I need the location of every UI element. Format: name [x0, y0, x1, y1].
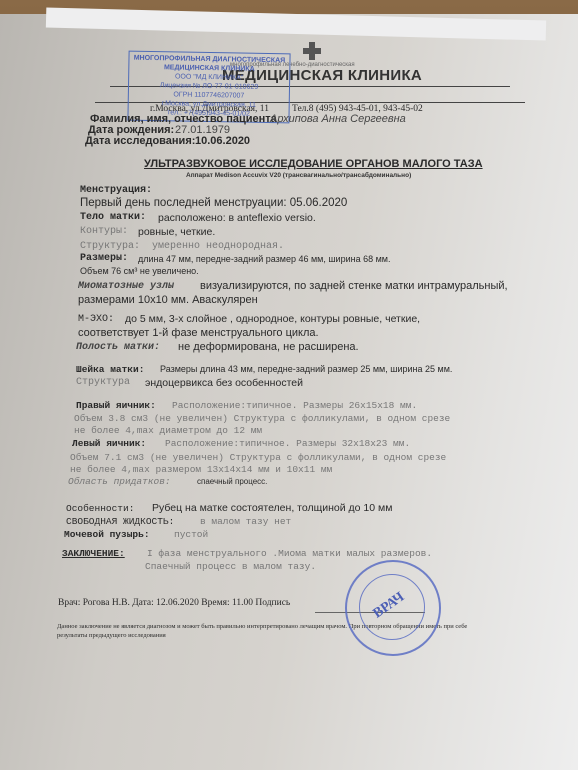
left-ovary-position: Расположение:типичное. Размеры 32x18x23 …: [165, 438, 410, 449]
conclusion-line-2: Спаечный процесс в малом тазу.: [145, 561, 316, 572]
free-fluid-label: СВОБОДНАЯ ЖИДКОСТЬ:: [66, 516, 174, 527]
sizes-value: длина 47 мм, передне-задний размер 46 мм…: [138, 254, 390, 264]
adnexa-value: спаечный процесс.: [197, 477, 267, 486]
stamp-line: г.Москва, ул.Дмитровская, 11: [129, 100, 289, 110]
left-ovary-volume: Объем 7.1 см3 (не увеличен) Структура с …: [70, 452, 446, 463]
exam-date: 10.06.2020: [195, 135, 250, 147]
features-value: Рубец на матке состоятелен, толщиной до …: [152, 502, 392, 514]
free-fluid-value: в малом тазу нет: [200, 516, 291, 527]
uterus-body-label: Тело матки:: [80, 212, 146, 223]
bladder-value: пустой: [174, 529, 208, 540]
uterus-volume: Объем 76 см³ не увеличено.: [80, 266, 199, 276]
cervix-label: Шейка матки:: [76, 364, 144, 375]
uterus-position: расположено: в anteflexio versio.: [158, 212, 316, 224]
right-ovary-follicles: не более 4,max диаметром до 12 мм: [74, 425, 262, 436]
contours-value: ровные, четкие.: [138, 226, 215, 238]
myoma-nodes-value: визуализируются, по задней стенке матки …: [200, 280, 508, 292]
structure-label: Структура:: [80, 241, 140, 252]
myoma-nodes-label: Миоматозные узлы: [78, 281, 174, 292]
stamp-line: МНОГОПРОФИЛЬНАЯ ДИАГНОСТИЧЕСКАЯ: [129, 55, 289, 65]
right-ovary-volume: Объем 3.8 см3 (не увеличен) Структура с …: [74, 413, 450, 424]
conclusion-line-1: I фаза менструального .Миома матки малых…: [147, 548, 432, 559]
left-ovary-label: Левый яичник:: [72, 438, 146, 449]
myoma-size: размерами 10х10 мм. Аваскулярен: [78, 294, 258, 306]
cycle-phase: соответствует 1-й фазе менструального ци…: [78, 327, 319, 339]
paper-sheet: [0, 14, 578, 770]
contours-label: Контуры:: [80, 226, 128, 237]
uterine-cavity-label: Полость матки:: [76, 342, 160, 353]
stamp-line: ОГРН 1107746207007: [129, 91, 289, 101]
disclaimer-line-2: результаты предыдущего исследования: [57, 632, 166, 639]
bladder-label: Мочевой пузырь:: [64, 529, 150, 540]
patient-name: Архипова Анна Сергеевна: [270, 113, 406, 125]
structure-value: умеренно неоднородная.: [152, 241, 284, 252]
cervix-structure-label: Структура: [76, 377, 130, 388]
report-title: УЛЬТРАЗВУКОВОЕ ИССЛЕДОВАНИЕ ОРГАНОВ МАЛО…: [144, 158, 483, 170]
cervix-sizes: Размеры длина 43 мм, передне-задний разм…: [160, 364, 452, 374]
doctor-signature-line: Врач: Рогова Н.В. Дата: 12.06.2020 Время…: [58, 598, 290, 608]
exam-date-label: Дата исследования:: [85, 135, 195, 147]
m-echo-value: до 5 мм, 3-х слойное , однородное, конту…: [125, 313, 420, 325]
device-info: Аппарат Medison Accuvix V20 (трансвагина…: [186, 172, 411, 179]
medical-cross-logo: [303, 42, 321, 60]
uterine-cavity-value: не деформирована, не расширена.: [178, 341, 359, 353]
right-ovary-label: Правый яичник:: [76, 400, 156, 411]
conclusion-label: ЗАКЛЮЧЕНИЕ:: [62, 548, 125, 559]
features-label: Особенности:: [66, 503, 134, 514]
adnexa-label: Область придатков:: [68, 476, 171, 487]
sizes-label: Размеры:: [80, 253, 128, 264]
last-menstruation: Первый день последней менструации: 05.06…: [80, 197, 347, 209]
m-echo-label: М-ЭХО:: [78, 314, 114, 325]
menstruation-label: Менструация:: [80, 185, 152, 196]
stamp-line: МЕДИЦИНСКАЯ КЛИНИКА: [129, 64, 289, 74]
cervix-structure-value: эндоцервикса без особенностей: [145, 377, 303, 389]
stamp-line: ООО "МД КЛИНИКА": [129, 73, 289, 83]
left-ovary-follicles: не более 4,max размером 13x14x14 мм и 10…: [70, 464, 332, 475]
right-ovary-position: Расположение:типичное. Размеры 26x15x18 …: [172, 400, 417, 411]
stamp-line: Лицензия № ЛО-77-01-010629: [129, 82, 289, 92]
